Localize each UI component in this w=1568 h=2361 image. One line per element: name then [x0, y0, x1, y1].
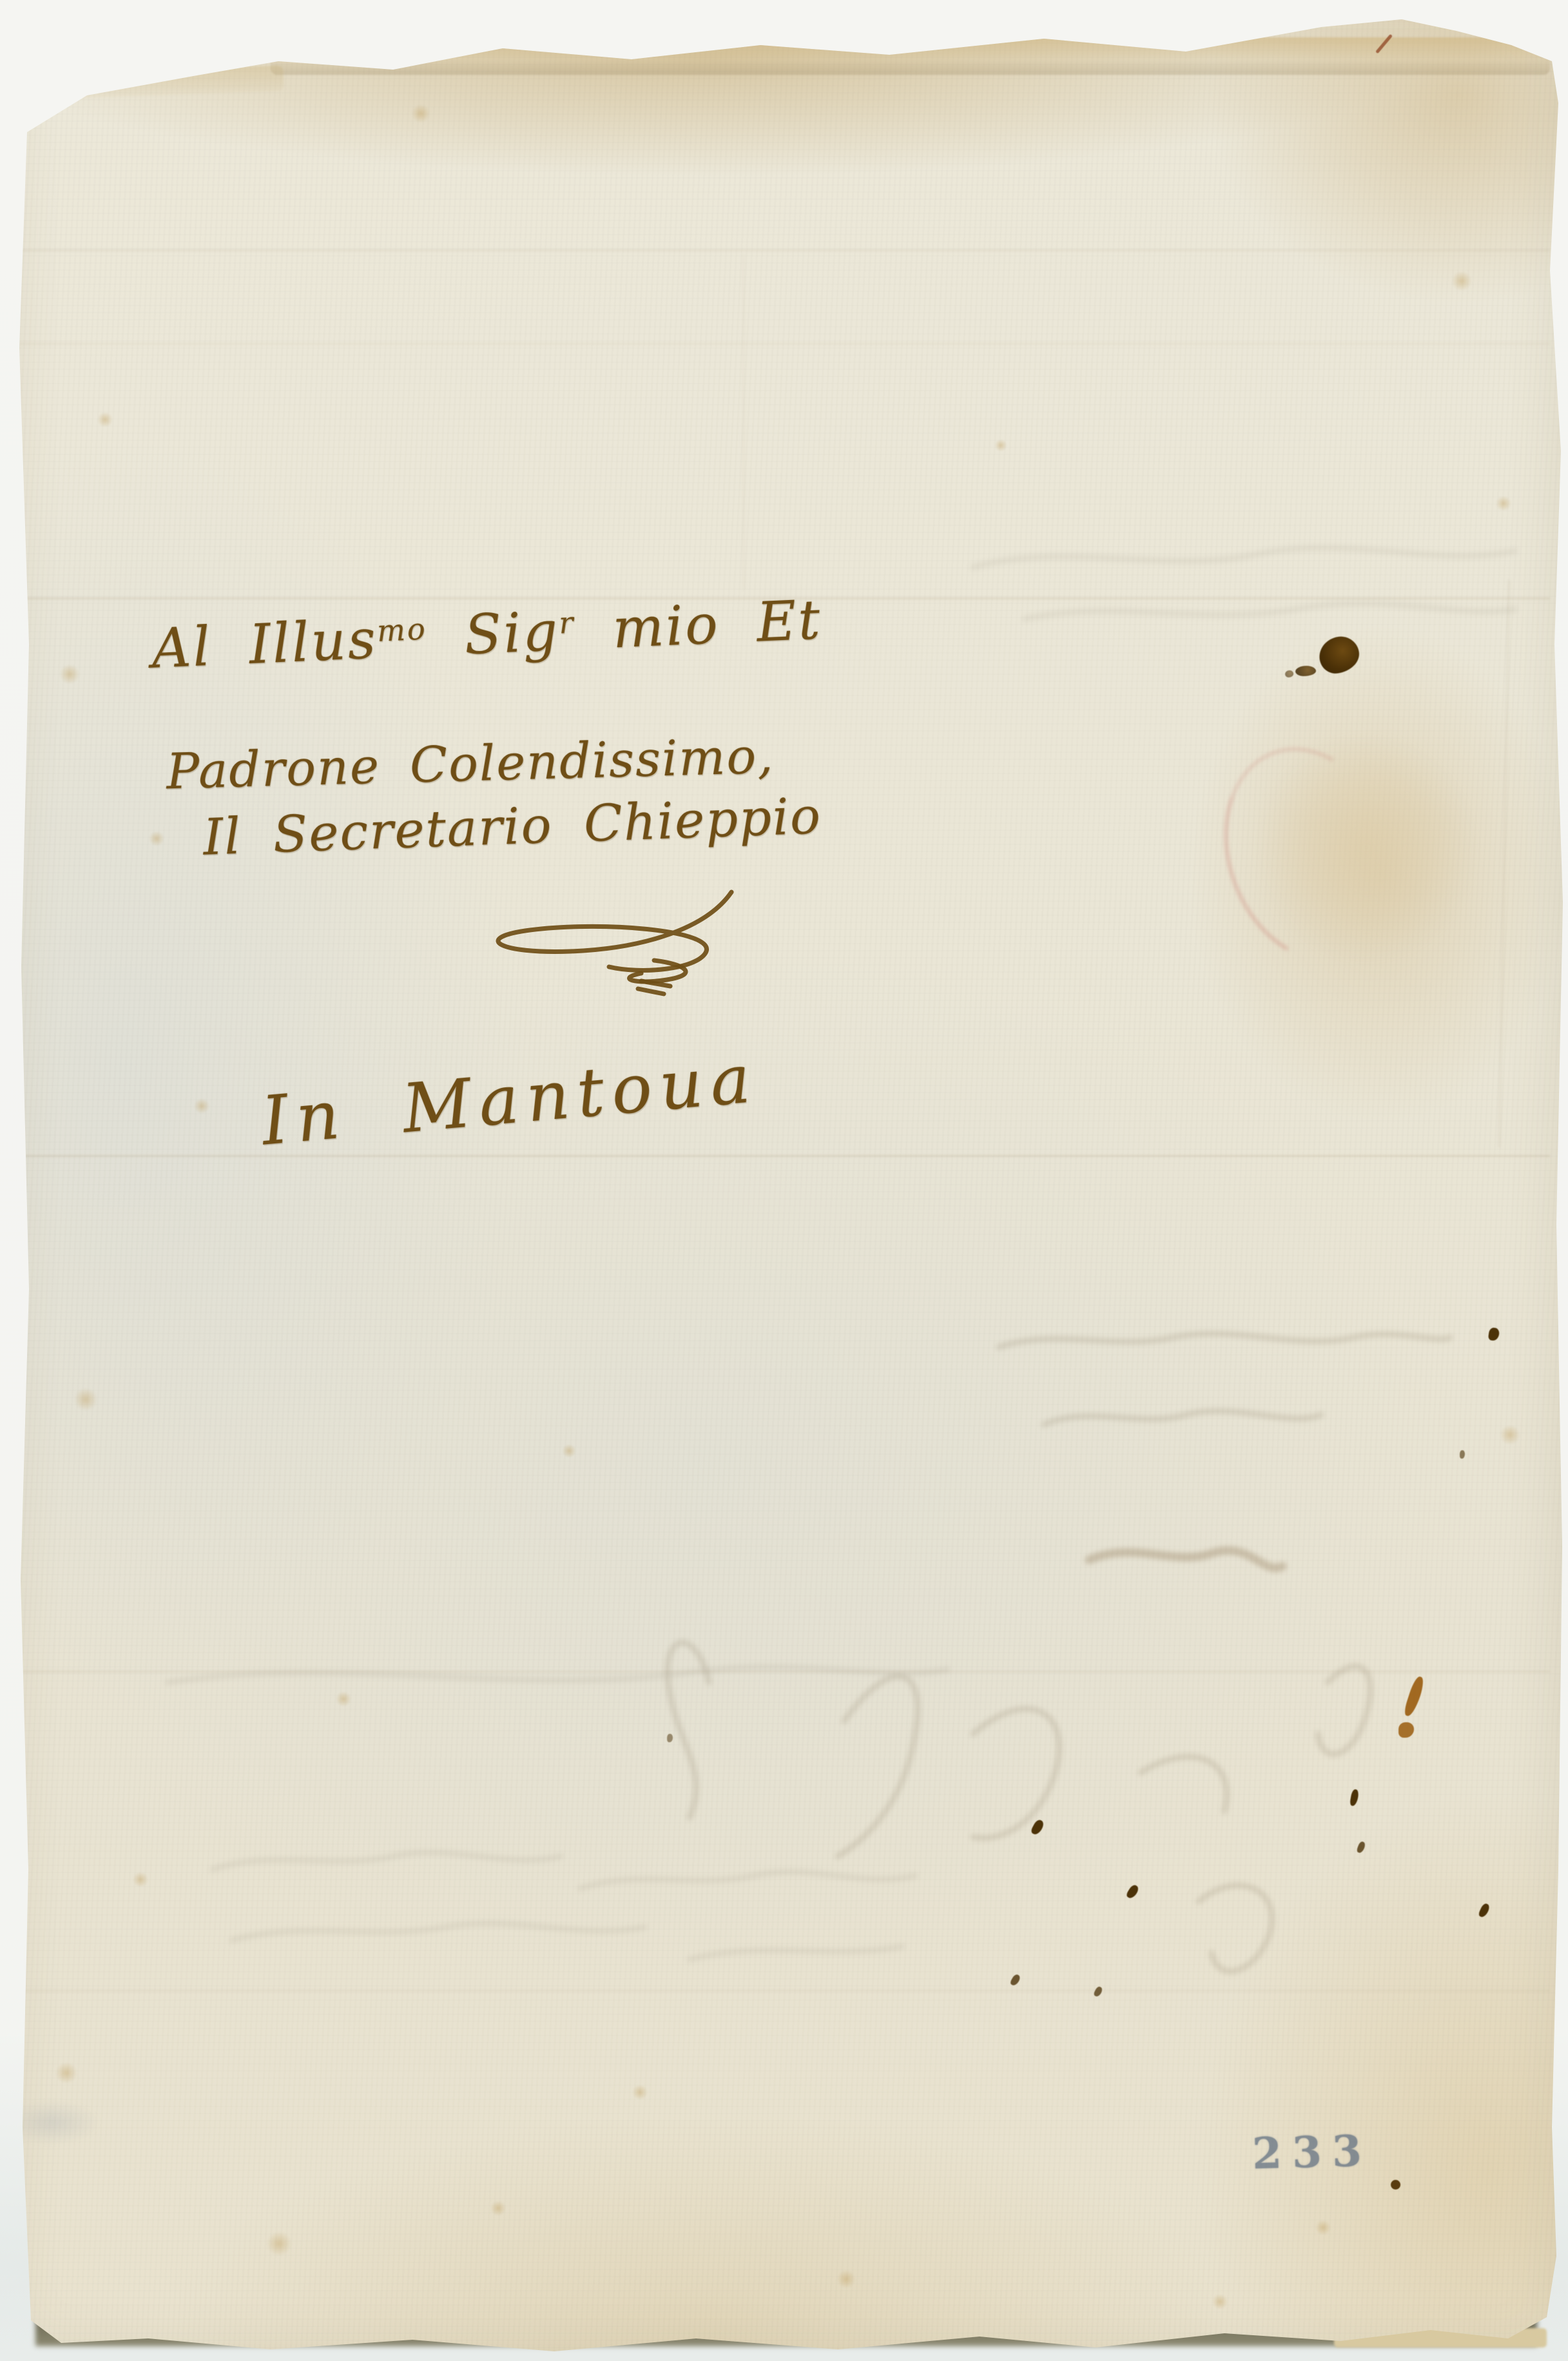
foxing-spot [193, 1099, 210, 1113]
foxing-spot [490, 2201, 507, 2215]
address-superscript: r [558, 605, 576, 641]
address-line-1-text: Sig [426, 599, 561, 668]
foxing-spot [335, 1692, 352, 1706]
fold-crease [19, 1154, 1550, 1158]
address-line-1-text: Al Illus [150, 607, 378, 680]
letter-paper: Al Illusmo Sigr mio Et Padrone Colendiss… [0, 0, 1568, 2361]
foxing-spot [1212, 2295, 1228, 2309]
address-line-1-text: mio Et [574, 588, 823, 662]
foxing-spot [97, 413, 113, 427]
foxing-spot [132, 1872, 149, 1887]
fold-crease [19, 342, 1550, 345]
foxing-spot [1495, 496, 1512, 510]
foxing-spot [1499, 1426, 1521, 1444]
foxing-spot [632, 2085, 648, 2099]
fold-crease [19, 248, 1550, 252]
address-superscript: mo [376, 612, 428, 648]
foxing-spot [1315, 2220, 1331, 2235]
address-flourish [448, 884, 744, 997]
bleed-through-script-upper [934, 490, 1547, 657]
foxing-spot [1451, 272, 1473, 291]
left-edge-stamp-ghost [0, 2094, 116, 2152]
foxing-spot [55, 2063, 78, 2083]
foxing-spot [148, 831, 165, 846]
foxing-spot [266, 2232, 293, 2255]
foxing-spot [73, 1389, 99, 1410]
top-fold-edge [271, 37, 1550, 75]
foxing-spot [994, 440, 1008, 451]
bleed-through-script-lower [77, 1321, 1547, 2159]
fold-crease-vertical [741, 255, 746, 590]
ink-speck [1391, 2180, 1400, 2190]
foxing-spot [836, 2271, 856, 2288]
archive-stamp-number: 233 [1252, 2126, 1373, 2179]
scanned-letter-page: Al Illusmo Sigr mio Et Padrone Colendiss… [0, 0, 1568, 2361]
foxing-spot [59, 665, 81, 684]
foxing-spot [411, 105, 431, 122]
foxing-spot [561, 1444, 576, 1457]
